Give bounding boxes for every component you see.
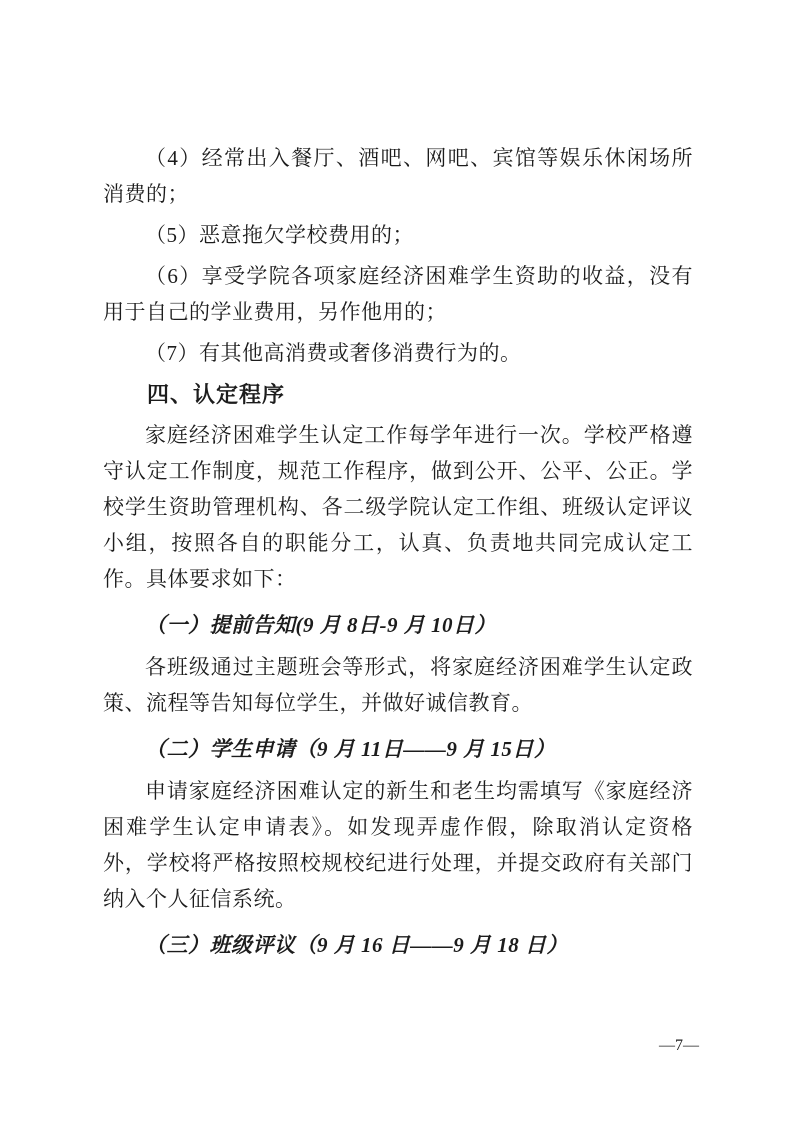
list-item-4: （4）经常出入餐厅、酒吧、网吧、宾馆等娱乐休闲场所消费的； <box>103 140 693 212</box>
document-content: （4）经常出入餐厅、酒吧、网吧、宾馆等娱乐休闲场所消费的； （5）恶意拖欠学校费… <box>103 140 693 969</box>
list-item-6: （6）享受学院各项家庭经济困难学生资助的收益，没有用于自己的学业费用，另作他用的… <box>103 258 693 330</box>
document-page: （4）经常出入餐厅、酒吧、网吧、宾馆等娱乐休闲场所消费的； （5）恶意拖欠学校费… <box>0 0 793 1122</box>
section-heading-procedure: 四、认定程序 <box>103 377 693 413</box>
page-number: —7— <box>659 1036 699 1056</box>
subheading-class-review: （三）班级评议（9 月 16 日——9 月 18 日） <box>103 927 693 963</box>
subheading-advance-notice: （一）提前告知(9 月 8日-9 月 10日） <box>103 607 693 643</box>
paragraph-student-application: 申请家庭经济困难认定的新生和老生均需填写《家庭经济困难学生认定申请表》。如发现弄… <box>103 773 693 917</box>
subheading-student-application: （二）学生申请（9 月 11日——9 月 15日） <box>103 731 693 767</box>
list-item-5: （5）恶意拖欠学校费用的； <box>103 217 693 253</box>
paragraph-procedure-intro: 家庭经济困难学生认定工作每学年进行一次。学校严格遵守认定工作制度，规范工作程序，… <box>103 417 693 597</box>
paragraph-advance-notice: 各班级通过主题班会等形式，将家庭经济困难学生认定政策、流程等告知每位学生，并做好… <box>103 649 693 721</box>
list-item-7: （7）有其他高消费或奢侈消费行为的。 <box>103 335 693 371</box>
